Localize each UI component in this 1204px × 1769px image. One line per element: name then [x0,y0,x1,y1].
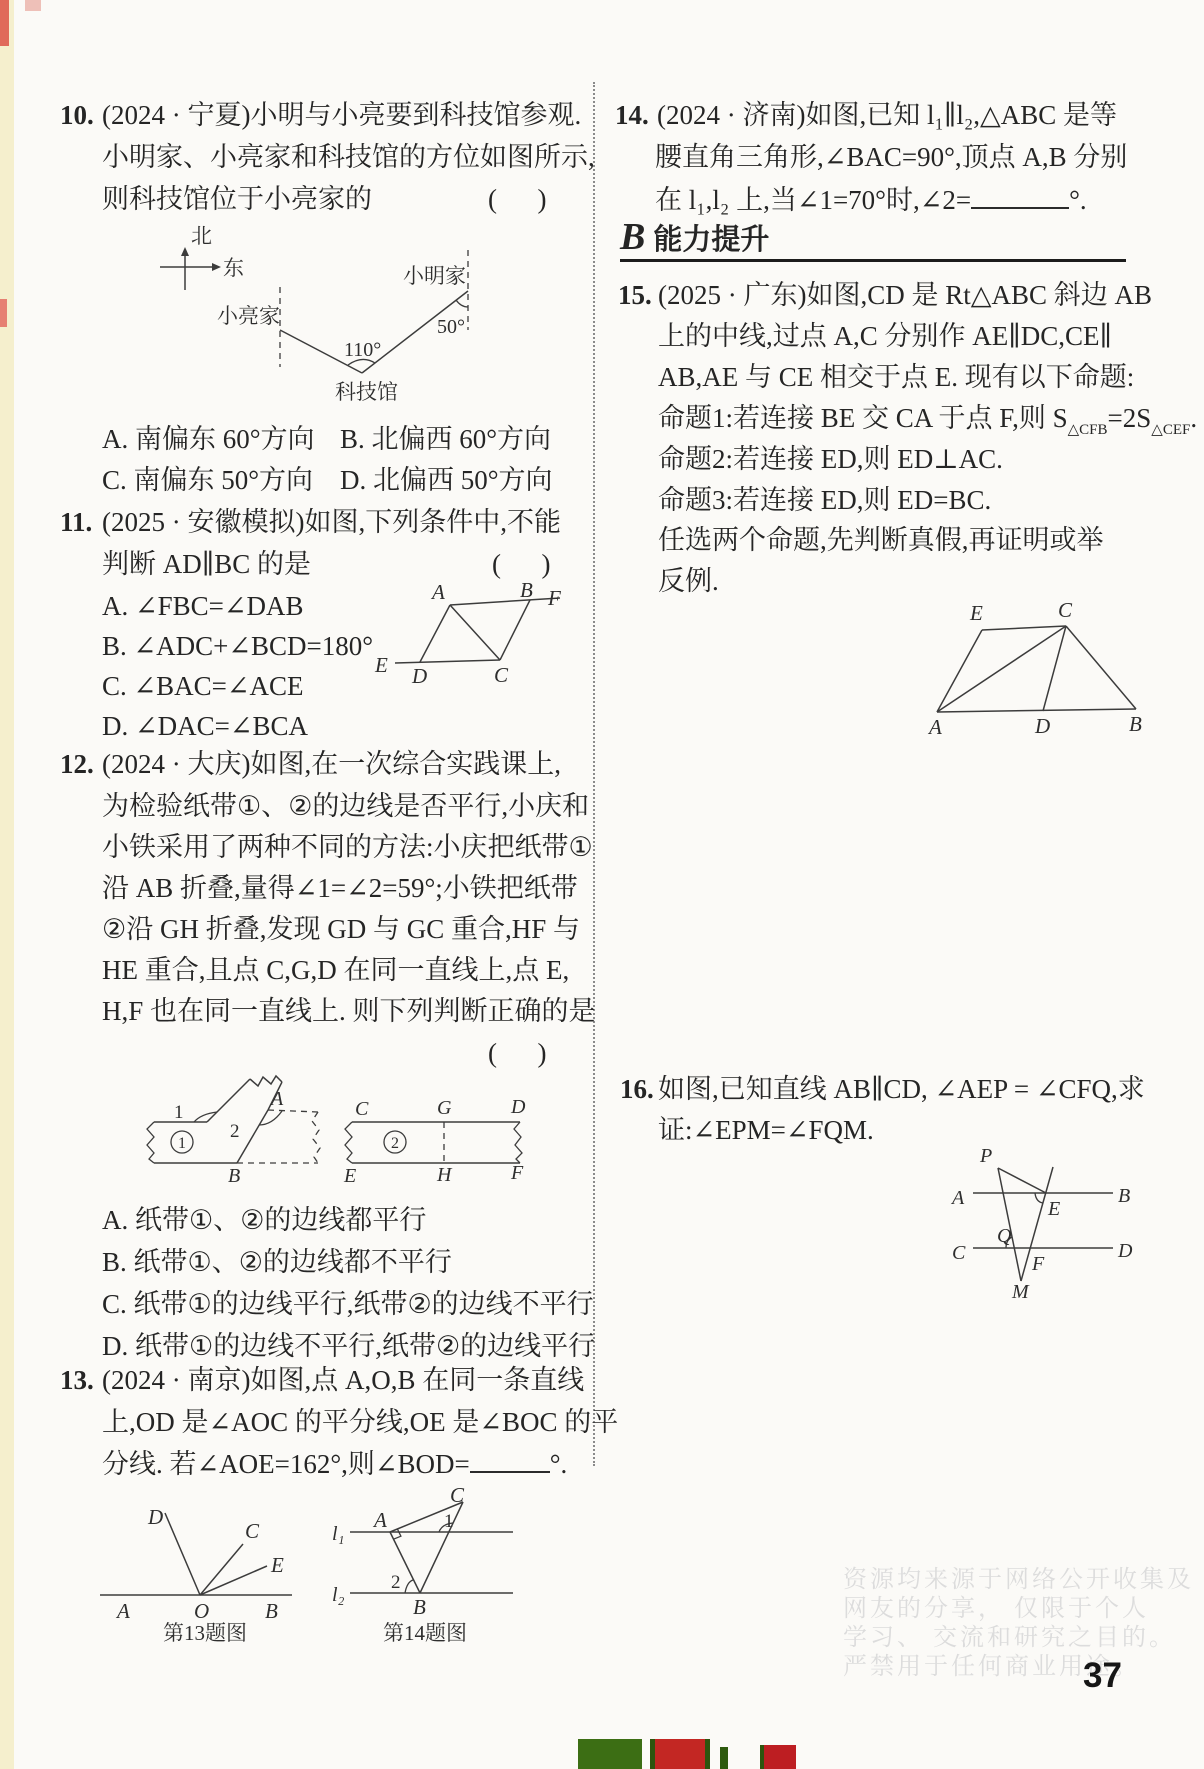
p11-fig-label-A: A [430,580,445,604]
p12-fig-strip2-badge: 2 [391,1135,399,1152]
p13-p14-figures: D C E A O B 第13题图 l₁ l₂ A C 1 2 B 第14题图 [95,1480,520,1650]
p10-fig-angle-110: 110° [344,339,381,361]
p14-line3: 在 l₁,l₂ 上,当∠1=70°时,∠2=°. [655,184,1087,216]
p10-fig-label-home-b: 小明家 [403,264,466,288]
watermark: 资源均来源于网络公开收集及 网友的分享， 仅限于个人 学习、 交流和研究之目的。… [843,1566,1194,1682]
p13-number: 13. [60,1365,94,1396]
p13-fig-caption: 第13题图 [163,1621,247,1645]
p13-line3: 分线. 若∠AOE=162°,则∠BOD=°. [102,1448,567,1480]
p12-line2: 为检验纸带①、②的边线是否平行,小庆和 [102,791,589,822]
page-number: 37 [1083,1656,1122,1696]
p15-line7: 任选两个命题,先判断真假,再证明或举 [658,525,1104,556]
print-mark-red [650,1739,710,1769]
p10-fig-label-east: 东 [223,256,244,280]
p13-line1: (2024 · 南京)如图,点 A,O,B 在同一条直线 [102,1365,584,1396]
p10-fig-label-home-a: 小亮家 [217,304,280,328]
p14-line2: 腰直角三角形,∠BAC=90°,顶点 A,B 分别 [655,142,1127,173]
p12-fig-angle2: 2 [230,1121,240,1142]
p14-number: 14. [615,100,649,131]
p16-number: 16. [620,1074,654,1105]
p16-fig-label-F: F [1031,1253,1045,1275]
p15-line4-prefix: 命题1:若连接 BE 交 CA 于点 F,则 S [658,403,1068,433]
p11-figure-parallelogram: A B F E D C [370,573,565,693]
section-b-letter: B [620,216,645,258]
p16-figure-parallel-lines: P A B E Q C D F M [940,1140,1140,1305]
p11-fig-label-C: C [494,663,509,687]
p15-number: 15. [618,280,652,311]
p12-line5: ②沿 GH 折叠,发现 GD 与 GC 重合,HF 与 [102,914,580,945]
p15-line5: 命题2:若连接 ED,则 ED⊥AC. [658,444,1003,475]
p10-fig-angle-50: 50° [437,316,465,338]
p10-option-b: B. 北偏西 60°方向 [340,424,551,455]
p12-line6: HE 重合,且点 C,G,D 在同一直线上,点 E, [102,955,569,986]
p13-fig-label-A: A [115,1599,130,1623]
p12-fig-label-C: C [355,1098,369,1120]
p10-line1: (2024 · 宁夏)小明与小亮要到科技馆参观. [102,100,581,131]
p12-fig-label-D: D [510,1096,526,1118]
p11-number: 11. [60,507,92,538]
p13-fig-label-B: B [265,1599,278,1623]
p16-fig-label-D: D [1117,1240,1133,1262]
p11-line1: (2025 · 安徽模拟)如图,下列条件中,不能 [102,507,561,538]
p10-option-d: D. 北偏西 50°方向 [340,465,553,496]
watermark-line3: 学习、 交流和研究之目的。 [843,1624,1194,1653]
p15-line3: AB,AE 与 CE 相交于点 E. 现有以下命题: [658,362,1134,393]
p16-line2: 证:∠EPM=∠FQM. [658,1115,874,1146]
p15-line6: 命题3:若连接 ED,则 ED=BC. [658,485,991,516]
watermark-line4: 严禁用于任何商业用途。 [843,1653,1194,1682]
p13-line2: 上,OD 是∠AOC 的平分线,OE 是∠BOC 的平 [102,1407,618,1438]
p12-option-d: D. 纸带①的边线不平行,纸带②的边线平行 [102,1331,595,1362]
p14-fig-angle2: 2 [391,1572,401,1593]
watermark-line1: 资源均来源于网络公开收集及 [843,1566,1194,1595]
p13-answer-blank [470,1448,550,1473]
p13-line3-text: 分线. 若∠AOE=162°,则∠BOD= [102,1449,470,1479]
p12-fig-label-H: H [436,1164,453,1186]
p11-fig-label-B: B [520,578,533,602]
p12-figure-strips: 1 2 A B 1 C G D E H F 2 [130,1065,535,1195]
p11-fig-label-F: F [547,586,561,610]
p12-fig-label-E: E [343,1165,356,1187]
p16-fig-label-M: M [1011,1281,1030,1303]
print-mark-red-sliver [760,1745,796,1769]
section-b-header: B能力提升 [620,215,769,259]
p14-line3-text: 在 l₁,l₂ 上,当∠1=70°时,∠2= [655,185,971,215]
p14-fig-label-C: C [450,1483,465,1507]
p12-fig-label-F: F [510,1162,524,1184]
watermark-line2: 网友的分享， 仅限于个人 [843,1595,1194,1624]
p15-line4-period: . [1190,403,1197,433]
p12-option-a: A. 纸带①、②的边线都平行 [102,1205,426,1236]
p12-line3: 小铁采用了两种不同的方法:小庆把纸带① [102,832,593,863]
p14-line1: (2024 · 济南)如图,已知 l₁∥l₂,△ABC 是等 [657,100,1117,131]
section-b-title: 能力提升 [653,224,769,256]
p13-degree-suffix: °. [550,1449,568,1479]
p15-fig-label-C: C [1058,598,1073,622]
p16-fig-label-A: A [950,1187,965,1209]
p15-fig-label-B: B [1129,712,1142,736]
edge-red-mark-mid [0,299,7,327]
p14-answer-blank [971,184,1069,209]
east-arrow-icon [212,263,221,271]
p15-line4-sub2: △CEF [1151,422,1190,438]
p14-fig-caption: 第14题图 [383,1621,467,1645]
p13-fig-label-E: E [270,1553,284,1577]
p15-line4: 命题1:若连接 BE 交 CA 于点 F,则 S△CFB=2S△CEF. [658,403,1197,439]
p10-option-a: A. 南偏东 60°方向 [102,424,315,455]
p12-fig-strip1-badge: 1 [178,1135,186,1152]
p15-line4-mid: =2S [1108,403,1152,433]
p14-fig-angle1: 1 [444,1511,454,1532]
p15-line8: 反例. [658,566,719,597]
p14-fig-label-B: B [413,1595,426,1619]
p13-fig-label-D: D [147,1505,163,1529]
p12-number: 12. [60,749,94,780]
p12-fig-label-G: G [437,1097,452,1119]
p14-fig-label-l2: l₂ [332,1584,345,1606]
edge-red-mark-top [0,0,9,46]
p11-line2: 判断 AD∥BC 的是 [102,549,311,580]
p15-fig-label-D: D [1034,714,1050,738]
p12-fig-label-A: A [269,1088,284,1110]
column-divider [593,82,595,1466]
p12-option-c: C. 纸带①的边线平行,纸带②的边线不平行 [102,1289,594,1320]
print-mark-green [578,1739,642,1769]
p11-option-a: A. ∠FBC=∠DAB [102,591,304,622]
p16-fig-label-Q: Q [997,1225,1012,1247]
p16-fig-label-C: C [952,1242,966,1264]
p10-option-c: C. 南偏东 50°方向 [102,465,313,496]
p16-fig-label-P: P [979,1145,992,1167]
p12-fig-angle1: 1 [174,1102,184,1123]
p15-figure-triangle: E C A D B [915,593,1150,743]
p15-line4-sub1: △CFB [1068,422,1108,438]
north-arrow-icon [181,247,189,256]
p11-fig-label-E: E [374,653,388,677]
p16-fig-label-E: E [1047,1198,1060,1220]
p11-option-b: B. ∠ADC+∠BCD=180° [102,631,373,662]
p14-fig-label-A: A [372,1508,387,1532]
p13-fig-label-C: C [245,1519,260,1543]
p14-degree-suffix: °. [1069,185,1087,215]
p15-line2: 上的中线,过点 A,C 分别作 AE∥DC,CE∥ [658,321,1112,352]
p13-fig-label-O: O [194,1599,209,1623]
print-mark-green-sliver [720,1747,728,1769]
p11-option-c: C. ∠BAC=∠ACE [102,671,304,702]
p12-line4: 沿 AB 折叠,量得∠1=∠2=59°;小铁把纸带 [102,873,578,904]
page-edge-strip [0,0,14,1769]
p10-figure-map: 北 东 小亮家 小明家 110° 50° 科技馆 [130,195,550,410]
p11-option-d: D. ∠DAC=∠BCA [102,711,308,742]
p12-option-b: B. 纸带①、②的边线都不平行 [102,1247,452,1278]
section-b-rule [620,259,1126,262]
p10-number: 10. [60,100,94,131]
p15-fig-label-A: A [927,715,942,739]
p11-fig-label-D: D [411,664,427,688]
p15-line1: (2025 · 广东)如图,CD 是 Rt△ABC 斜边 AB [658,280,1152,311]
p12-line7: H,F 也在同一直线上. 则下列判断正确的是 [102,996,596,1027]
p12-fig-label-B: B [228,1165,240,1187]
p10-line2: 小明家、小亮家和科技馆的方位如图所示, [102,142,595,173]
p15-fig-label-E: E [969,601,983,625]
p10-fig-label-museum: 科技馆 [335,380,398,404]
p16-line1: 如图,已知直线 AB∥CD, ∠AEP = ∠CFQ,求 [658,1074,1145,1105]
p12-line1: (2024 · 大庆)如图,在一次综合实践课上, [102,749,561,780]
edge-pink-mark [25,0,41,11]
p16-fig-label-B: B [1118,1185,1130,1207]
p14-fig-label-l1: l₁ [332,1523,345,1545]
p10-fig-label-north: 北 [191,224,212,248]
